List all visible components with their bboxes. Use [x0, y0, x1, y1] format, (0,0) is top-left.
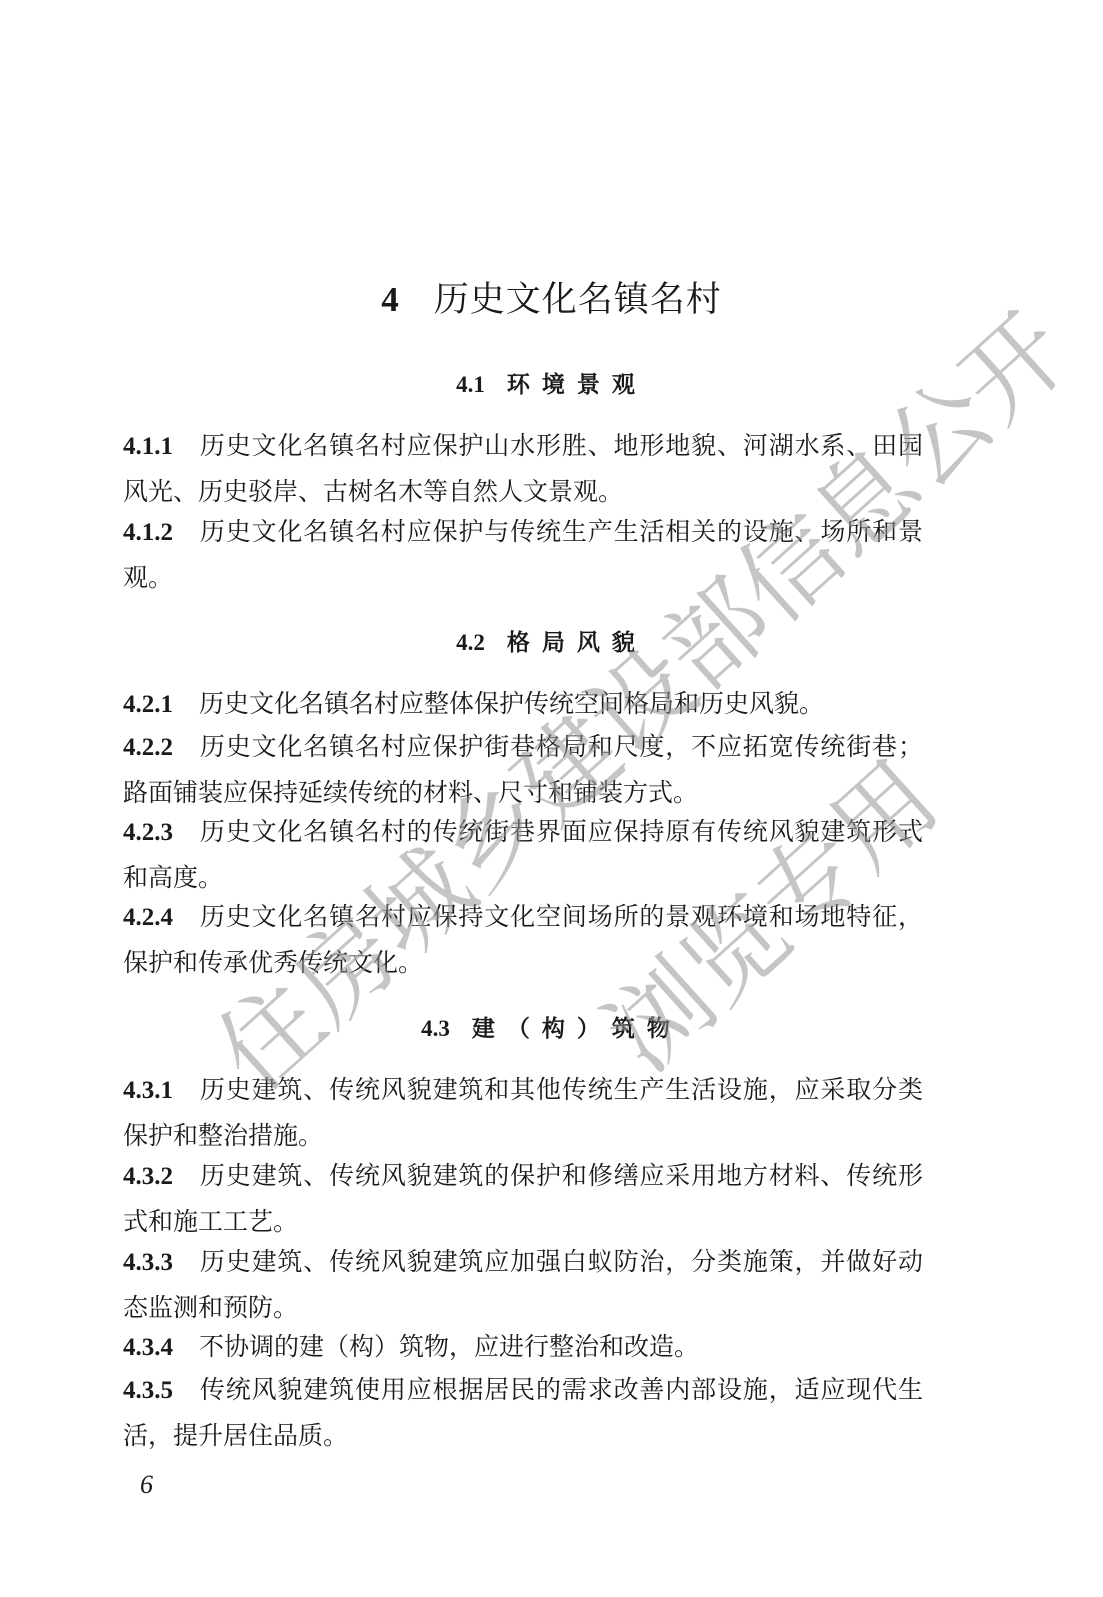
- clause-text: 历史文化名镇名村应保持文化空间场所的景观环境和场地特征，保护和传承优秀传统文化。: [123, 902, 923, 977]
- clause-text: 历史文化名镇名村应保护街巷格局和尺度，不应拓宽传统街巷；路面铺装应保持延续传统的…: [123, 732, 923, 807]
- clause-text: 历史建筑、传统风貌建筑和其他传统生产生活设施，应采取分类保护和整治措施。: [123, 1075, 923, 1150]
- section-title-text: 建（构）筑物: [472, 1016, 682, 1042]
- clause-text: 历史文化名镇名村应保护山水形胜、地形地貌、河湖水系、田园风光、历史驳岸、古树名木…: [123, 431, 923, 506]
- clause: 4.3.2历史建筑、传统风貌建筑的保护和修缮应采用地方材料、传统形式和施工工艺。: [123, 1153, 923, 1244]
- clause: 4.2.1历史文化名镇名村应整体保护传统空间格局和历史风貌。: [123, 681, 923, 727]
- clause-number: 4.2.1: [123, 691, 173, 718]
- chapter-title: 4历史文化名镇名村: [0, 272, 1103, 322]
- clause-number: 4.3.1: [123, 1077, 173, 1104]
- chapter-title-text: 历史文化名镇名村: [434, 280, 722, 320]
- clause: 4.3.4不协调的建（构）筑物，应进行整治和改造。: [123, 1324, 923, 1370]
- clause-text: 历史建筑、传统风貌建筑的保护和修缮应采用地方材料、传统形式和施工工艺。: [123, 1161, 923, 1236]
- clause-number: 4.2.3: [123, 819, 173, 846]
- clause-number: 4.3.2: [123, 1163, 173, 1190]
- section-number: 4.2: [456, 630, 485, 655]
- clause-number: 4.1.2: [123, 519, 173, 546]
- clause-number: 4.3.4: [123, 1334, 173, 1361]
- clause: 4.2.2历史文化名镇名村应保护街巷格局和尺度，不应拓宽传统街巷；路面铺装应保持…: [123, 724, 923, 815]
- clause: 4.3.1历史建筑、传统风貌建筑和其他传统生产生活设施，应采取分类保护和整治措施…: [123, 1067, 923, 1158]
- clause-text: 历史文化名镇名村的传统街巷界面应保持原有传统风貌建筑形式和高度。: [123, 817, 923, 892]
- chapter-number: 4: [381, 280, 400, 319]
- clause-text: 不协调的建（构）筑物，应进行整治和改造。: [199, 1332, 699, 1361]
- clause-number: 4.3.3: [123, 1249, 173, 1276]
- clause: 4.2.3历史文化名镇名村的传统街巷界面应保持原有传统风貌建筑形式和高度。: [123, 809, 923, 900]
- clause-number: 4.2.4: [123, 904, 173, 931]
- section-number: 4.3: [421, 1016, 450, 1041]
- clause-text: 历史建筑、传统风貌建筑应加强白蚁防治，分类施策，并做好动态监测和预防。: [123, 1247, 923, 1322]
- section-title: 4.3建（构）筑物: [0, 1010, 1103, 1043]
- clause: 4.2.4历史文化名镇名村应保持文化空间场所的景观环境和场地特征，保护和传承优秀…: [123, 894, 923, 985]
- section-title-text: 环境景观: [507, 372, 647, 398]
- section-title-text: 格局风貌: [507, 630, 647, 656]
- clause-text: 传统风貌建筑使用应根据居民的需求改善内部设施，适应现代生活，提升居住品质。: [123, 1375, 923, 1450]
- clause-number: 4.3.5: [123, 1377, 173, 1404]
- section-title: 4.1环境景观: [0, 366, 1103, 399]
- clause-text: 历史文化名镇名村应整体保护传统空间格局和历史风貌。: [199, 689, 824, 718]
- clause-number: 4.1.1: [123, 433, 173, 460]
- clause-text: 历史文化名镇名村应保护与传统生产生活相关的设施、场所和景观。: [123, 517, 923, 592]
- clause: 4.3.3历史建筑、传统风貌建筑应加强白蚁防治，分类施策，并做好动态监测和预防。: [123, 1239, 923, 1330]
- page-number: 6: [140, 1470, 153, 1500]
- clause: 4.1.1历史文化名镇名村应保护山水形胜、地形地貌、河湖水系、田园风光、历史驳岸…: [123, 423, 923, 514]
- clause-number: 4.2.2: [123, 734, 173, 761]
- clause: 4.1.2历史文化名镇名村应保护与传统生产生活相关的设施、场所和景观。: [123, 509, 923, 600]
- section-title: 4.2格局风貌: [0, 624, 1103, 657]
- section-number: 4.1: [456, 372, 485, 397]
- clause: 4.3.5传统风貌建筑使用应根据居民的需求改善内部设施，适应现代生活，提升居住品…: [123, 1367, 923, 1458]
